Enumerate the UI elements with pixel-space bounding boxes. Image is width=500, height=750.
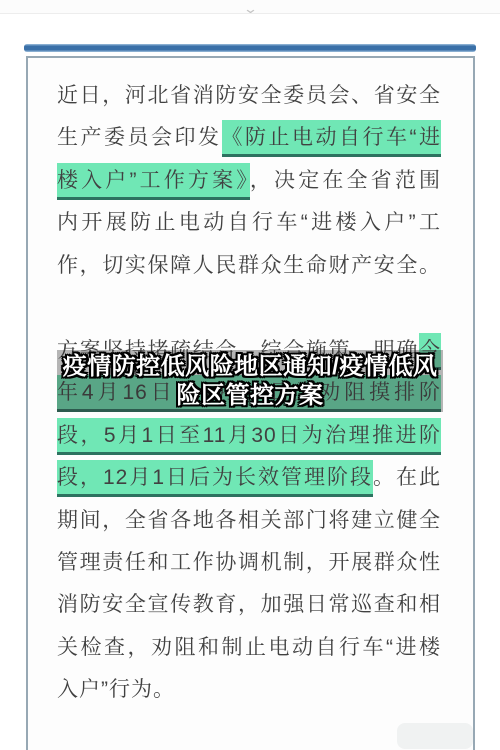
article-line: 期间，全省各地各相关部门将建立健全 — [57, 500, 441, 542]
article-line: 关检查，劝阻和制止电动自行车“进楼 — [57, 627, 441, 669]
text-segment: ，决定在全省范围 — [250, 169, 441, 192]
text-segment: 内开展防止电动自行车“进楼入户”工 — [57, 211, 441, 234]
article-line: 入户”行为。 — [57, 669, 441, 711]
text-segment: 入户”行为。 — [57, 678, 175, 701]
text-segment: 生产委员会印发 — [57, 126, 222, 149]
accent-bar — [24, 44, 476, 52]
text-segment: 期间，全省各地各相关部门将建立健全 — [57, 509, 441, 532]
article-line: 作，切实保障人民群众生命财产安全。 — [57, 245, 441, 287]
article-line: 近日，河北省消防安全委员会、省安全 — [57, 75, 441, 117]
text-segment: 。在此 — [373, 466, 441, 489]
article-line: 生产委员会印发《防止电动自行车“进 — [57, 117, 441, 159]
paragraph: 近日，河北省消防安全委员会、省安全生产委员会印发《防止电动自行车“进楼入户”工作… — [57, 75, 441, 287]
article-line: 段，12月1日后为长效管理阶段。在此 — [57, 457, 441, 499]
article-line: 消防安全宣传教育，加强日常巡查和相 — [57, 584, 441, 626]
screenshot-root: ⌄ 近日，河北省消防安全委员会、省安全生产委员会印发《防止电动自行车“进楼入户”… — [0, 0, 500, 750]
collapse-chevron-icon[interactable]: ⌄ — [242, 4, 257, 13]
highlighted-text: 《防止电动自行车“进 — [222, 120, 442, 157]
article-line: 管理责任和工作协调机制，开展群众性 — [57, 542, 441, 584]
text-segment: 消防安全宣传教育，加强日常巡查和相 — [57, 593, 441, 616]
highlighted-text: 楼入户”工作方案》 — [57, 163, 250, 200]
watermark-blur — [397, 723, 473, 749]
overlay-title: 疫情防控低风险地区通知/疫情低风 险区管控方案 — [57, 350, 443, 412]
top-strip: ⌄ — [0, 0, 500, 14]
text-segment: 作，切实保障人民群众生命财产安全。 — [57, 254, 441, 277]
article-line: 段，5月1日至11月30日为治理推进阶 — [57, 415, 441, 457]
text-segment: 近日，河北省消防安全委员会、省安全 — [57, 84, 441, 107]
article-line: 内开展防止电动自行车“进楼入户”工 — [57, 202, 441, 244]
article-line: 楼入户”工作方案》，决定在全省范围 — [57, 160, 441, 202]
highlighted-text: 段，5月1日至11月30日为治理推进阶 — [57, 418, 441, 455]
text-segment: 管理责任和工作协调机制，开展群众性 — [57, 551, 441, 574]
text-segment: 关检查，劝阻和制止电动自行车“进楼 — [57, 636, 441, 659]
highlighted-text: 段，12月1日后为长效管理阶段 — [57, 460, 373, 497]
overlay-title-line2: 险区管控方案 — [177, 381, 324, 410]
overlay-title-line1: 疫情防控低风险地区通知/疫情低风 — [63, 352, 438, 381]
